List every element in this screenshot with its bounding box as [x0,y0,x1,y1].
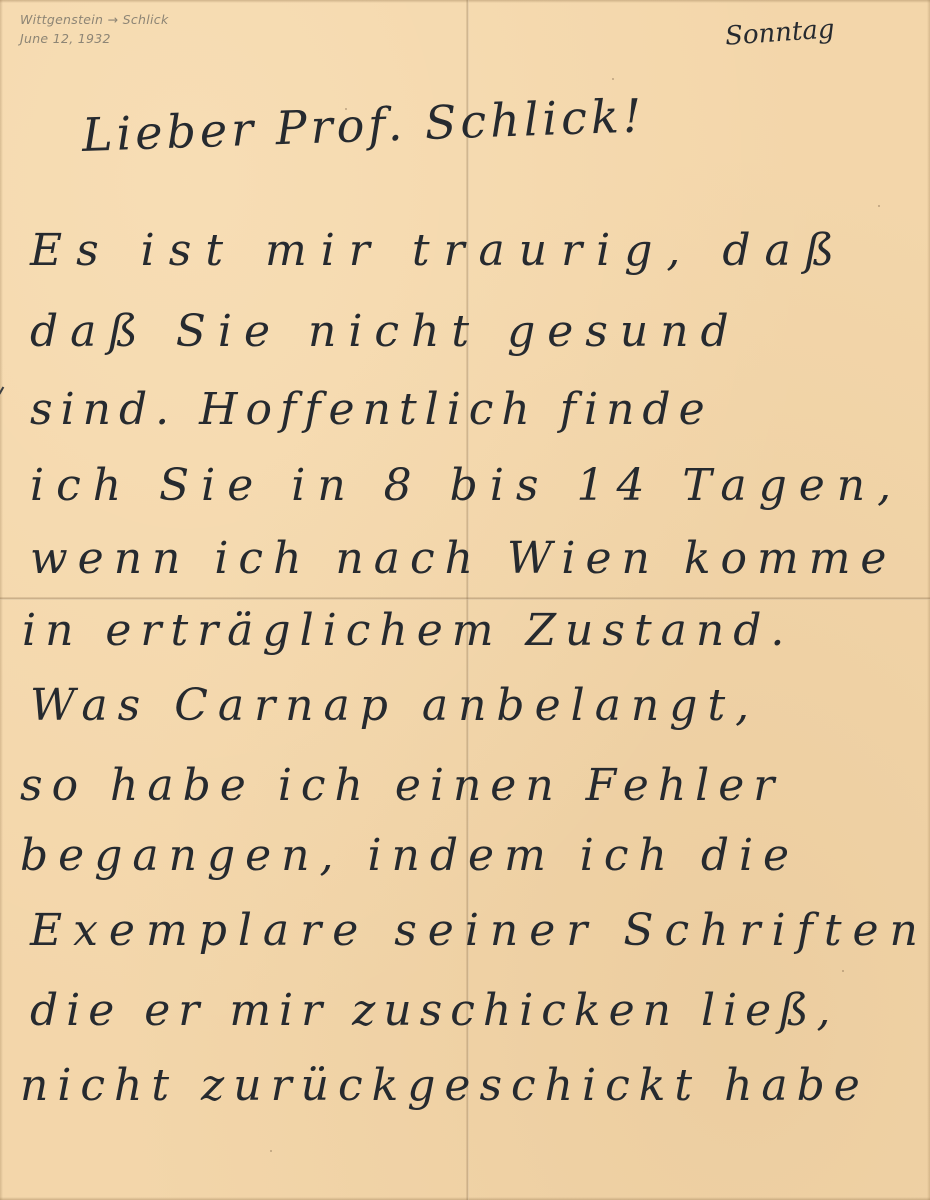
letter-line-11: die er mir zuschicken ließ, [30,985,839,1036]
letter-line-2: daß Sie nicht gesund [30,306,741,357]
paper-edge-top [0,0,930,3]
archival-note-correspondents: Wittgenstein → Schlick [20,10,169,29]
letter-page: Wittgenstein → Schlick June 12, 1932 Son… [0,0,930,1200]
archival-pencil-note: Wittgenstein → Schlick June 12, 1932 [20,10,169,48]
horizontal-fold-crease [0,597,930,600]
archival-note-date: June 12, 1932 [20,29,169,48]
letter-line-4: ich Sie in 8 bis 14 Tagen, [30,460,903,511]
letter-salutation: Lieber Prof. Schlick! [81,88,646,162]
letter-line-6: in erträglichem Zustand. [22,605,793,656]
letter-line-1: Es ist mir traurig, daß [30,225,848,276]
letter-line-3: sind. Hoffentlich finde [30,384,713,435]
paper-speck [612,78,614,80]
letter-line-10: Exemplare seiner Schriften [30,905,929,956]
letter-line-5: wenn ich nach Wien komme [30,533,896,584]
letter-line-7: Was Carnap anbelangt, [30,680,759,731]
letter-line-8: so habe ich einen Fehler [20,760,783,811]
paper-speck [270,1150,272,1152]
letter-date-line: Sonntag [724,14,835,52]
letter-line-12: nicht zurückgeschickt habe [20,1060,869,1111]
paper-speck [878,205,880,207]
letter-line-9: begangen, indem ich die [20,830,799,881]
paper-edge-left [0,0,3,1200]
paper-speck [842,970,844,972]
